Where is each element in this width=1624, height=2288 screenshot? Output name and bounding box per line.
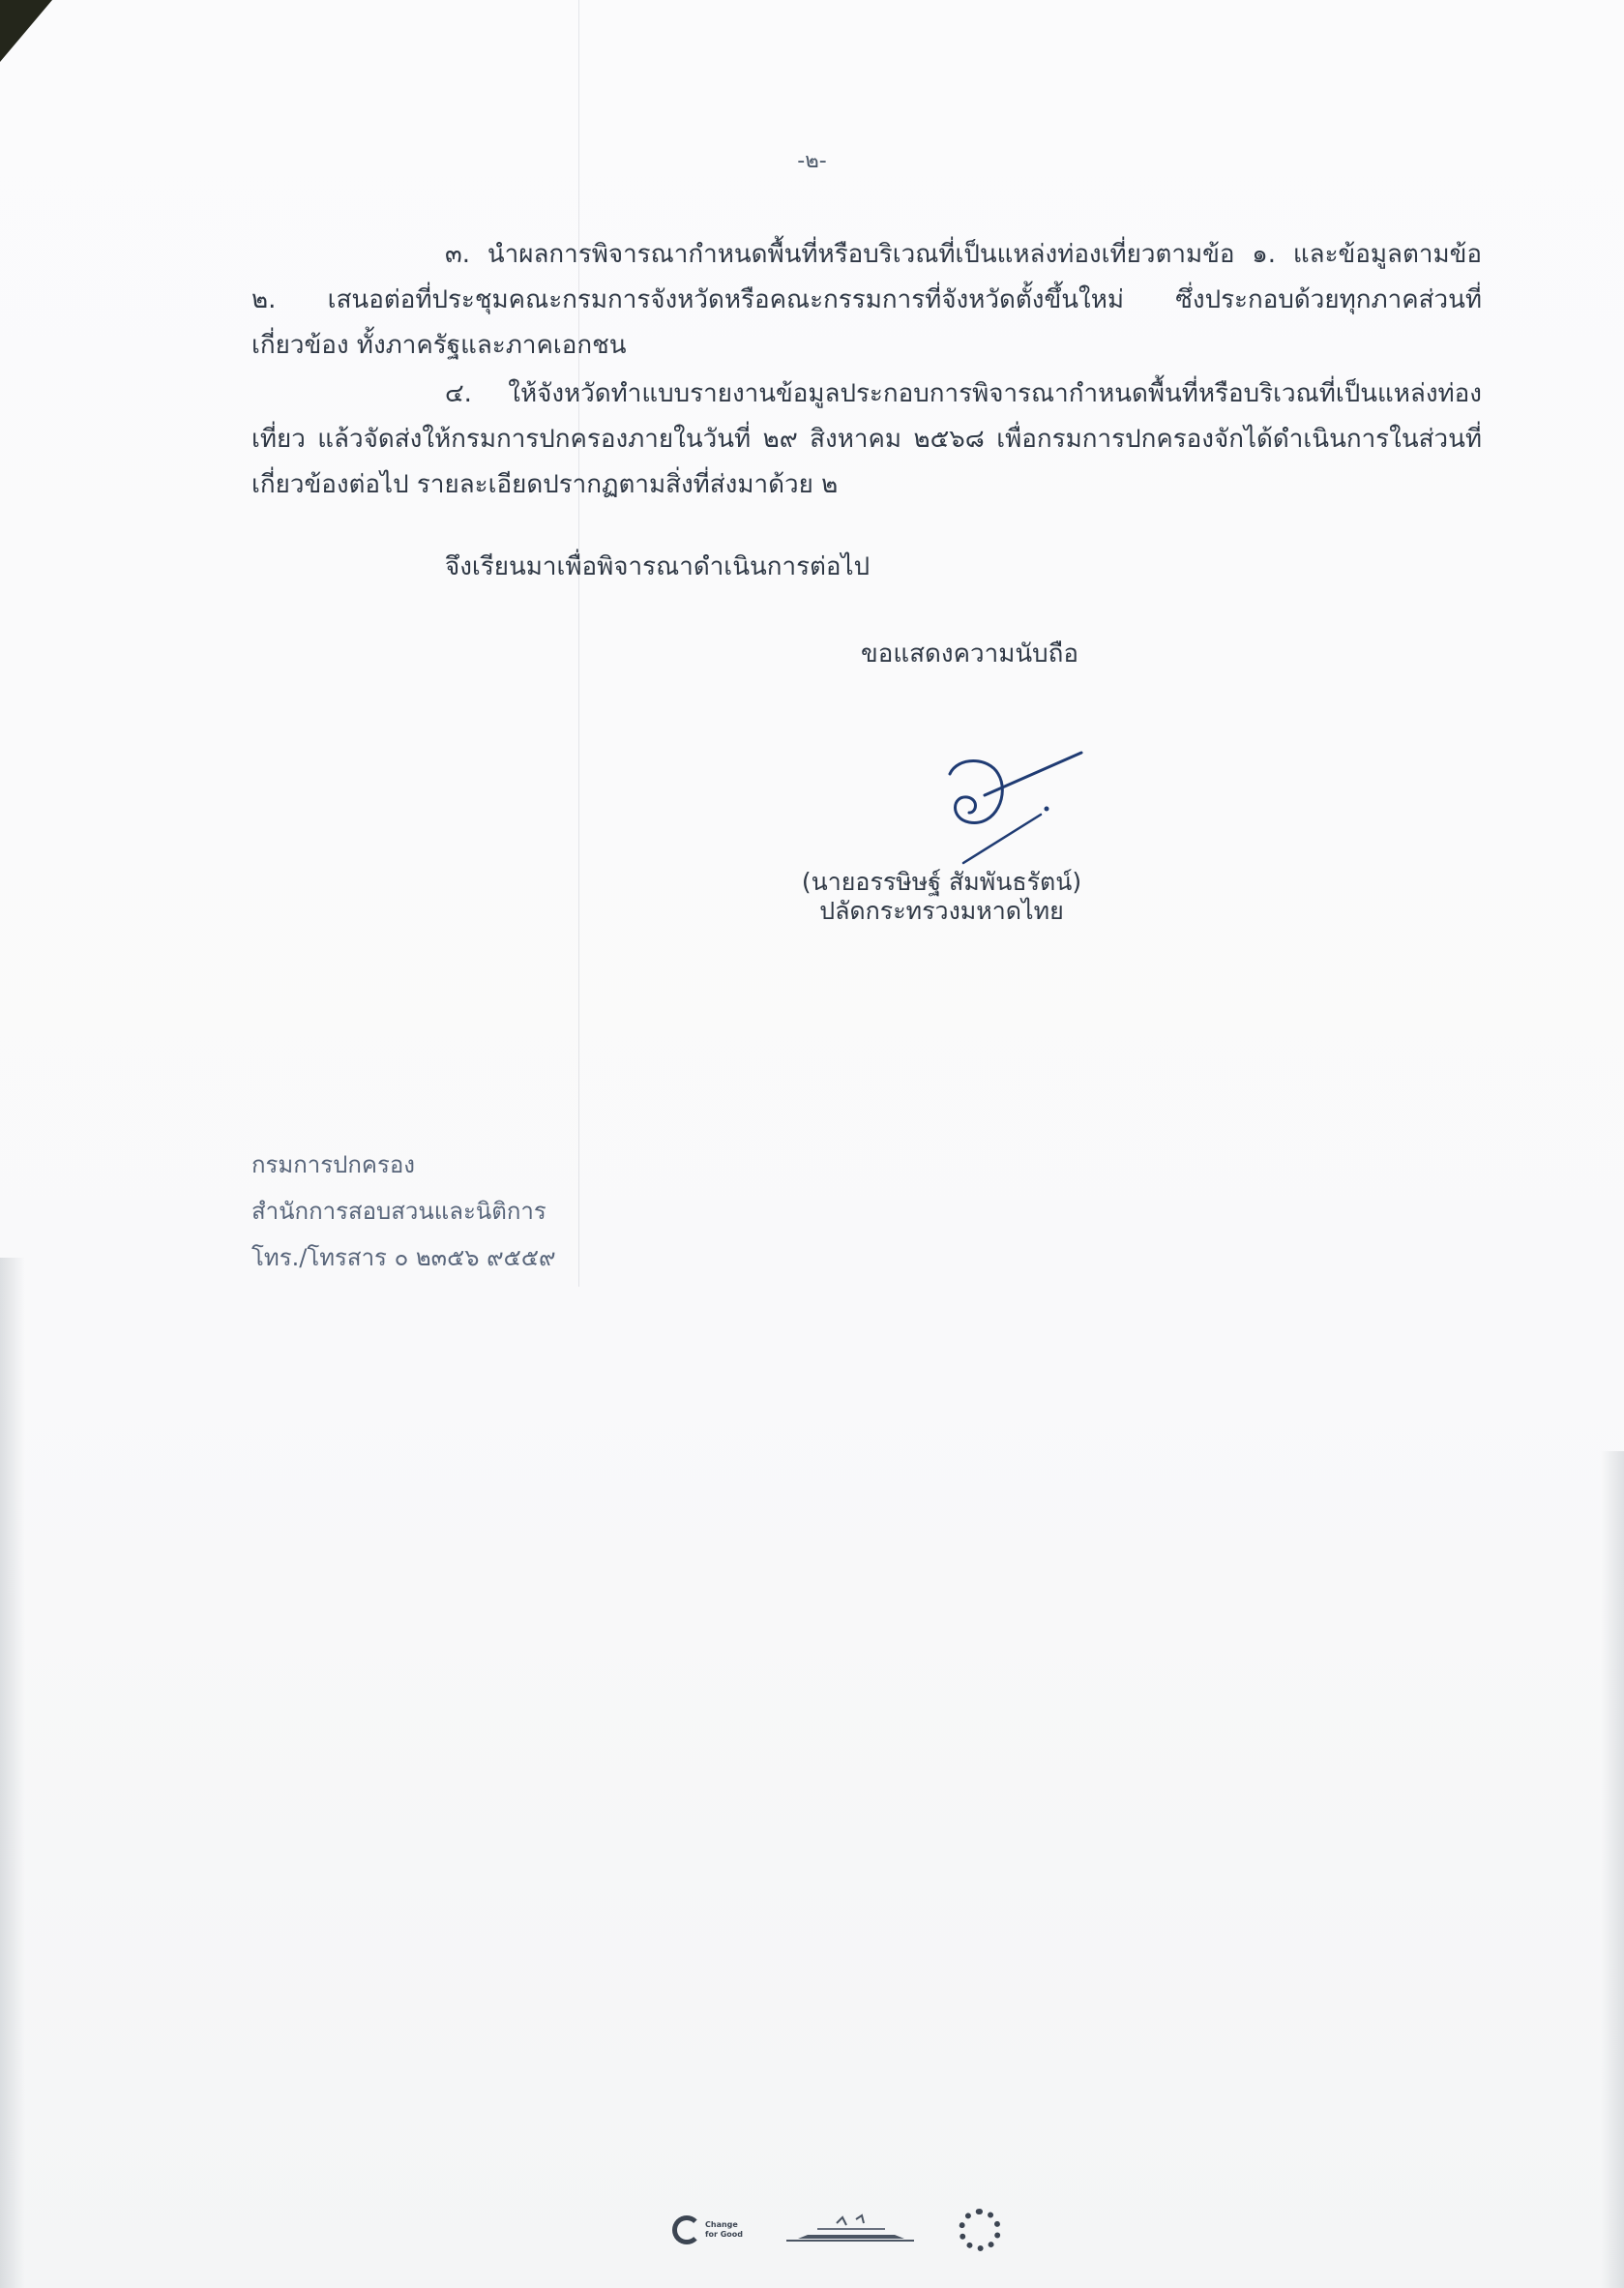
footer-logos: Change for Good: [672, 2206, 1001, 2254]
sender-info: กรมการปกครอง สำนักการสอบสวนและนิติการ โท…: [251, 1142, 556, 1281]
seal-logo: [959, 2209, 1001, 2251]
document-page: -๒- ๓. นำผลการพิจารณากำหนดพื้นที่หรือบริ…: [0, 0, 1624, 2288]
sender-department: กรมการปกครอง: [251, 1142, 556, 1188]
paragraph-3: ๓. นำผลการพิจารณากำหนดพื้นที่หรือบริเวณท…: [251, 232, 1482, 369]
paper-edge-right: [1601, 1451, 1624, 2288]
c-ring-icon: [672, 2215, 701, 2244]
closing-line: จึงเรียนมาเพื่อพิจารณาดำเนินการต่อไป: [445, 547, 870, 586]
signer-title: ปลัดกระทรวงมหาดไทย: [0, 892, 1624, 931]
paragraph-text: นำผลการพิจารณากำหนดพื้นที่หรือบริเวณที่เ…: [251, 240, 1482, 360]
change-for-good-logo: Change for Good: [672, 2215, 743, 2244]
ministry-emblem-logo: [779, 2214, 924, 2246]
paragraph-number: ๓.: [445, 240, 470, 269]
regards-line: ขอแสดงความนับถือ: [861, 634, 1078, 673]
signature-icon: [929, 735, 1093, 880]
paper-edge-left: [0, 1258, 25, 2288]
sender-phone: โทร./โทรสาร ๐ ๒๓๕๖ ๙๕๕๙: [251, 1234, 556, 1281]
scan-corner-shadow: [0, 0, 52, 62]
paragraph-text: ให้จังหวัดทำแบบรายงานข้อมูลประกอบการพิจา…: [251, 379, 1482, 499]
paragraph-4: ๔. ให้จังหวัดทำแบบรายงานข้อมูลประกอบการพ…: [251, 371, 1482, 508]
paper-fold-line: [578, 0, 579, 1287]
paragraph-number: ๔.: [445, 379, 472, 408]
page-number: -๒-: [0, 143, 1624, 177]
sender-office: สำนักการสอบสวนและนิติการ: [251, 1188, 556, 1234]
